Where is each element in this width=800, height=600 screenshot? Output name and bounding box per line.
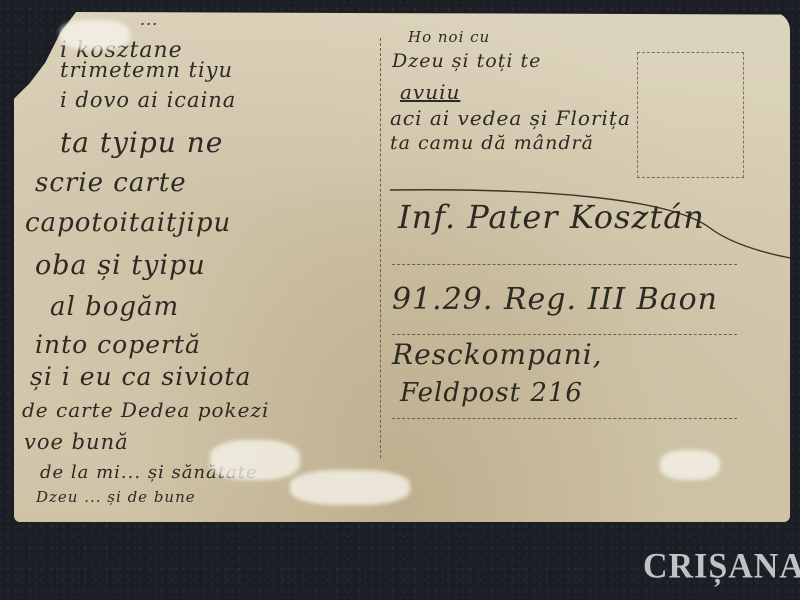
message-line: trimetemn tiyu [60,58,233,82]
greeting-line: ta camu dă mândră [390,132,594,154]
address-line-1 [392,264,737,265]
message-line: ta tyipu ne [60,126,223,159]
paper-wear [660,450,720,480]
message-line: scrie carte [35,168,187,198]
address-line-3 [392,418,737,419]
message-line: de carte Dedea pokezi [22,398,269,422]
message-line: oba și tyipu [35,250,206,281]
postcard-divider [380,38,381,458]
paper-wear [290,470,410,505]
paper-wear [60,20,130,50]
address-feldpost: Feldpost 216 [400,378,583,408]
address-name: Inf. Pater Kosztán [398,198,705,236]
greeting-line: Ho noi cu [408,28,490,46]
greeting-line: Dzeu și toți te [392,50,541,72]
message-line: i dovo ai icaina [60,88,236,112]
address-company: Resckompani, [392,338,603,371]
paper-wear [210,440,300,480]
message-line: into copertă [35,330,201,359]
address-line-2 [392,334,737,335]
stamp-box [637,52,744,178]
greeting-line: avuiu [400,80,460,104]
message-line: și i eu ca siviota [30,362,251,391]
message-line: ... [140,10,158,29]
message-line: Dzeu ... și de bune [36,488,196,506]
watermark-logo: CRIȘANA [643,547,800,587]
message-line: capotoitaitjipu [25,208,231,238]
greeting-line: aci ai vedea și Florița [390,106,631,130]
address-regiment: 91.29. Reg. III Baon [392,282,718,317]
message-line: al bogăm [50,292,179,322]
message-line: voe bună [24,430,129,454]
